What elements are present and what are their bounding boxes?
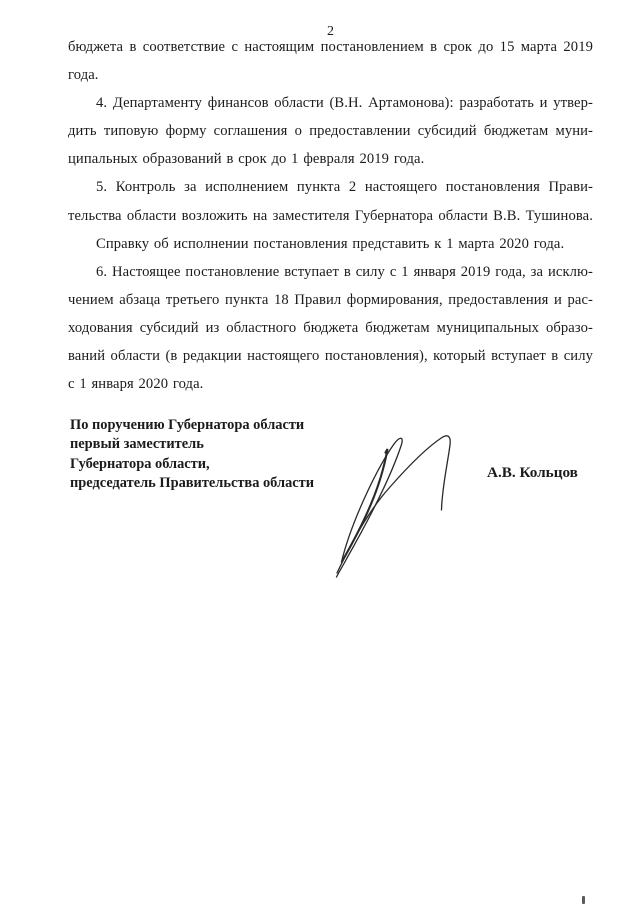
document-body: бюджета в соответствие с настоящим поста… (68, 33, 593, 398)
body-line: дить типовую форму соглашения о предоста… (68, 117, 593, 145)
body-line: 4. Департаменту финансов области (В.Н. А… (68, 89, 593, 117)
signature-title-line: По поручению Губернатора области (70, 416, 370, 435)
body-line: года. (68, 61, 593, 89)
signature-title-block: По поручению Губернатора области первый … (70, 416, 370, 494)
signature-title-line: первый заместитель (70, 435, 370, 454)
body-line: чением абзаца третьего пункта 18 Правил … (68, 286, 593, 314)
signatory-name: А.В. Кольцов (487, 464, 578, 482)
scan-artifact-dot (582, 896, 585, 904)
body-line: ходования субсидий из областного бюджета… (68, 314, 593, 342)
body-line: тельства области возложить на заместител… (68, 202, 593, 230)
document-page: 2 бюджета в соответствие с настоящим пос… (0, 0, 640, 905)
body-line: Справку об исполнении постановления пред… (68, 230, 593, 258)
body-line: ваний области (в редакции настоящего пос… (68, 342, 593, 370)
body-line: 6. Настоящее постановление вступает в си… (68, 258, 593, 286)
body-line: ципальных образований в срок до 1 феврал… (68, 145, 593, 173)
body-line: бюджета в соответствие с настоящим поста… (68, 33, 593, 61)
body-line: 5. Контроль за исполнением пункта 2 наст… (68, 173, 593, 201)
signature-title-line: председатель Правительства области (70, 474, 370, 493)
signature-title-line: Губернатора области, (70, 455, 370, 474)
body-line: с 1 января 2020 года. (68, 370, 593, 398)
handwritten-signature-icon (328, 416, 463, 586)
